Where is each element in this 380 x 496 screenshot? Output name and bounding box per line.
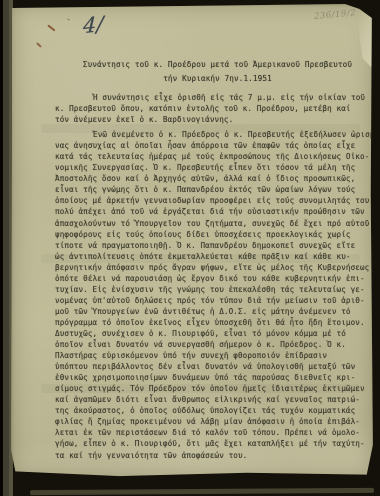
text-line: γήσω, εἶπεν ὁ κ. Πιουριφόϋ, ὅτι μᾶς ἔχει…: [55, 438, 368, 449]
text-line: κατά τάς τελευταίας ἡμέρας μέ τούς ἐκπρο…: [55, 151, 368, 162]
text-line: εἶναι τῆς γνώμης ὅτι ὁ κ. Παπανδρέου ἐκτ…: [55, 184, 368, 195]
scanned-document: 4/ 236/19/2 Συνάντησις τοῦ κ. Προέδρου μ…: [0, 0, 380, 496]
text-line: μοῦ τῶν Ὑπουργείων ἐνῶ ἀντιθέτως ἡ Δ.Ο.Σ…: [55, 306, 368, 317]
text-line: πρόγραμμα τό ὁποῖον ἐκεῖνος εἶχεν ὑποσχε…: [55, 317, 368, 328]
text-line: καί ἀγαπῶμεν διότι εἶναι ἄνθρωπος εἰλικρ…: [55, 394, 368, 405]
typewritten-content: Συνάντησις τοῦ κ. Προέδρου μετά τοῦ Ἀμερ…: [55, 4, 368, 461]
text-line: της ἀκούραστος, ὁ ὁποῖος οὐδόλως ὑπολογί…: [55, 405, 368, 416]
text-line: λεται ἐκ τῶν περιστάσεων διά τό καλόν το…: [55, 427, 368, 438]
text-line: βερνητικήν ἀπόφασιν πρός ἄγραν ψήφων, εἴ…: [55, 262, 368, 273]
text-line: τίποτε νά πραγματοποιηθῇ. Ὁ κ. Παπανδρέο…: [55, 240, 368, 251]
text-line: Πλαστήρας εὑρισκόμενον ὑπό τήν συνεχῆ φθ…: [55, 350, 368, 361]
text-line: τόν ἀνέμενεν ἐκεῖ ὁ κ. Βαρδινογιάννης.: [55, 114, 368, 125]
text-line: νας ἀνησυχίας αἱ ὁποῖαι ἦσαν ἀπόρροια τῶ…: [55, 140, 368, 151]
text-line: νομικῆς Συνεργασίας. Ὁ κ. Πρεσβευτής εἶπ…: [55, 162, 368, 173]
text-line: ὁποῖον εἶναι δυνατόν νά συνεργασθῆ σήμερ…: [55, 339, 368, 350]
paragraph-1: Ἡ συνάντησις εἶχε ὁρισθῆ εἰς τάς 7 μ.μ. …: [55, 92, 368, 125]
text-line: ἐθνικῶς χρησιμοποιησίμων δυνάμεων ὑπό τά…: [55, 372, 368, 383]
text-line: Ἡ συνάντησις εἶχε ὁρισθῆ εἰς τάς 7 μ.μ. …: [55, 92, 368, 103]
text-line: φιλίας ἤ ζημίας προκειμένου νά λάβῃ μίαν…: [55, 416, 368, 427]
text-line: σίμους στιγμάς. Τόν Πρόεδρον τόν ὁποῖον …: [55, 383, 368, 394]
text-line: νομένας ὑπ'αὐτοῦ δηλώσεις πρός τόν τύπον…: [55, 295, 368, 306]
text-line: ὁπότε θέλει νά παρουσιάσῃ ὡς ἔργον δικό …: [55, 273, 368, 284]
text-line: κ. Πρεσβευτοῦ ὅπου, κατόπιν ἐντολῆς τοῦ …: [55, 103, 368, 114]
title-line-2-date: τήν Κυριακήν 7ην.1.1951: [67, 72, 368, 86]
scan-left-edge: [0, 0, 13, 496]
ink-speck: [36, 42, 42, 47]
text-line: Ἐνῶ ἀνεμένετο ὁ κ. Πρόεδρος ὁ κ. Πρεσβευ…: [55, 129, 368, 140]
text-line: ψηφοφόρους εἰς τούς ὁποίους δίδει ὑποσχέ…: [55, 229, 368, 240]
text-line: Ἀποστολῆς ὅσον καί ὁ Ἀρχηγός αὐτῶν, ἀλλά…: [55, 173, 368, 184]
text-line: τυχίαν. Εἰς ἐνίσχυσιν τῆς γνώμης του ἐπε…: [55, 284, 368, 295]
document-title: Συνάντησις τοῦ κ. Προέδρου μετά τοῦ Ἀμερ…: [55, 58, 368, 86]
underlying-sheet-edge: [30, 488, 374, 495]
title-line-1: Συνάντησις τοῦ κ. Προέδρου μετά τοῦ Ἀμερ…: [67, 58, 368, 72]
text-line: ὁποίους μέ ἀρκετήν γενναιοδωρίαν προσφέρ…: [55, 195, 368, 206]
document-page: 4/ 236/19/2 Συνάντησις τοῦ κ. Προέδρου μ…: [11, 4, 374, 478]
text-line: ὡς ἀντιπολίτευσις ὁπότε ἐκμεταλλεύεται κ…: [55, 251, 368, 262]
text-line: Δυστυχῶς, συνέχισεν ὁ κ. Πιουριφόϋ, εἶνα…: [55, 328, 368, 339]
paragraph-2: Ἐνῶ ἀνεμένετο ὁ κ. Πρόεδρος ὁ κ. Πρεσβευ…: [55, 129, 368, 460]
text-line: ὑπόπτου περιβάλλοντος δέν εἶναι δυνατόν …: [55, 361, 368, 372]
text-line: ἀπασχολούντων τό Ὑπουργεῖον του ζητήματα…: [55, 218, 368, 229]
text-line: πολύ ἀπέχει ἀπό τοῦ νά ἐργάζεται διά τήν…: [55, 206, 368, 217]
text-line: τα καί τήν γενναιότητα τῶν ἀποφάσεών του…: [55, 450, 368, 461]
